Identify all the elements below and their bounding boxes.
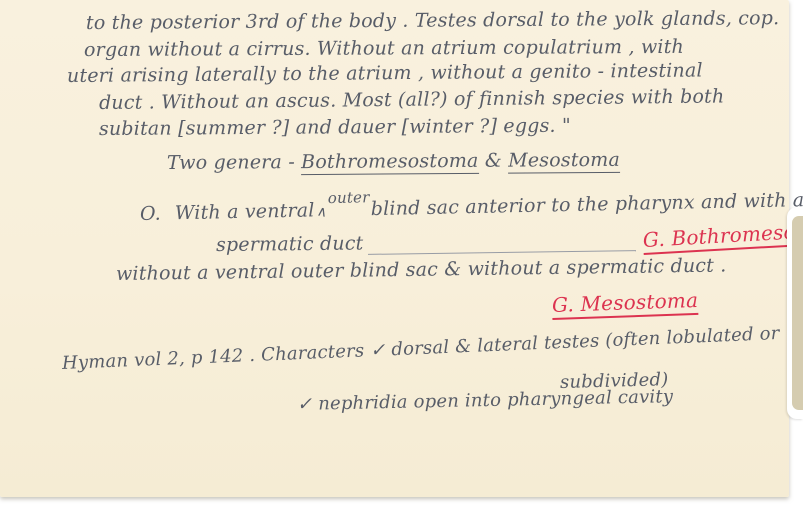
handwritten-line-3: uteri arising laterally to the atrium , … [67, 59, 703, 87]
reference-line-2: ✓ nephridia open into pharyngeal cavity [297, 386, 674, 415]
key-result-mesostoma: G. Mesostoma [552, 288, 699, 320]
key-result-bothromesostoma: G. Bothromesostoma [642, 216, 803, 255]
handwritten-line-2: organ without a cirrus. Without an atriu… [84, 36, 684, 61]
scanned-page: { "note": { "kind": "handwritten index c… [0, 0, 803, 505]
key-couplet-1-insertion: outer [328, 188, 370, 207]
reference-line-1: Hyman vol 2, p 142 . Characters ✓ dorsal… [62, 323, 780, 374]
key-couplet-1-marker: O. [140, 203, 161, 225]
key-couplet-1-text-end: blind sac anterior to the pharynx and wi… [371, 189, 803, 220]
handwritten-line-4: duct . Without an ascus. Most (all?) of … [99, 85, 725, 114]
genus-name-mesostoma: Mesostoma [508, 149, 620, 174]
genera-separator: & [478, 150, 508, 172]
insertion-caret: ∧ [315, 203, 328, 221]
key-couplet-1-line-1: O.With a ventral∧outerblind sac anterior… [140, 189, 803, 225]
handwritten-line-5: subitan [summer ?] and dauer [winter ?] … [99, 115, 571, 140]
genera-line: Two genera - Bothromesostoma & Mesostoma [167, 149, 620, 174]
index-card: to the posterior 3rd of the body . Teste… [0, 0, 789, 497]
handwritten-line-1: to the posterior 3rd of the body . Teste… [86, 7, 780, 34]
genus-name-bothromesostoma: Bothromesostoma [301, 150, 479, 175]
adjacent-card-edge [792, 216, 803, 410]
leader-line [368, 250, 636, 255]
key-couplet-2-text: without a ventral outer blind sac & with… [116, 254, 727, 285]
key-couplet-1-line-2: spermatic duct [216, 232, 364, 256]
key-couplet-1-text-start: With a ventral [175, 199, 315, 224]
genera-prefix: Two genera - [167, 151, 301, 174]
